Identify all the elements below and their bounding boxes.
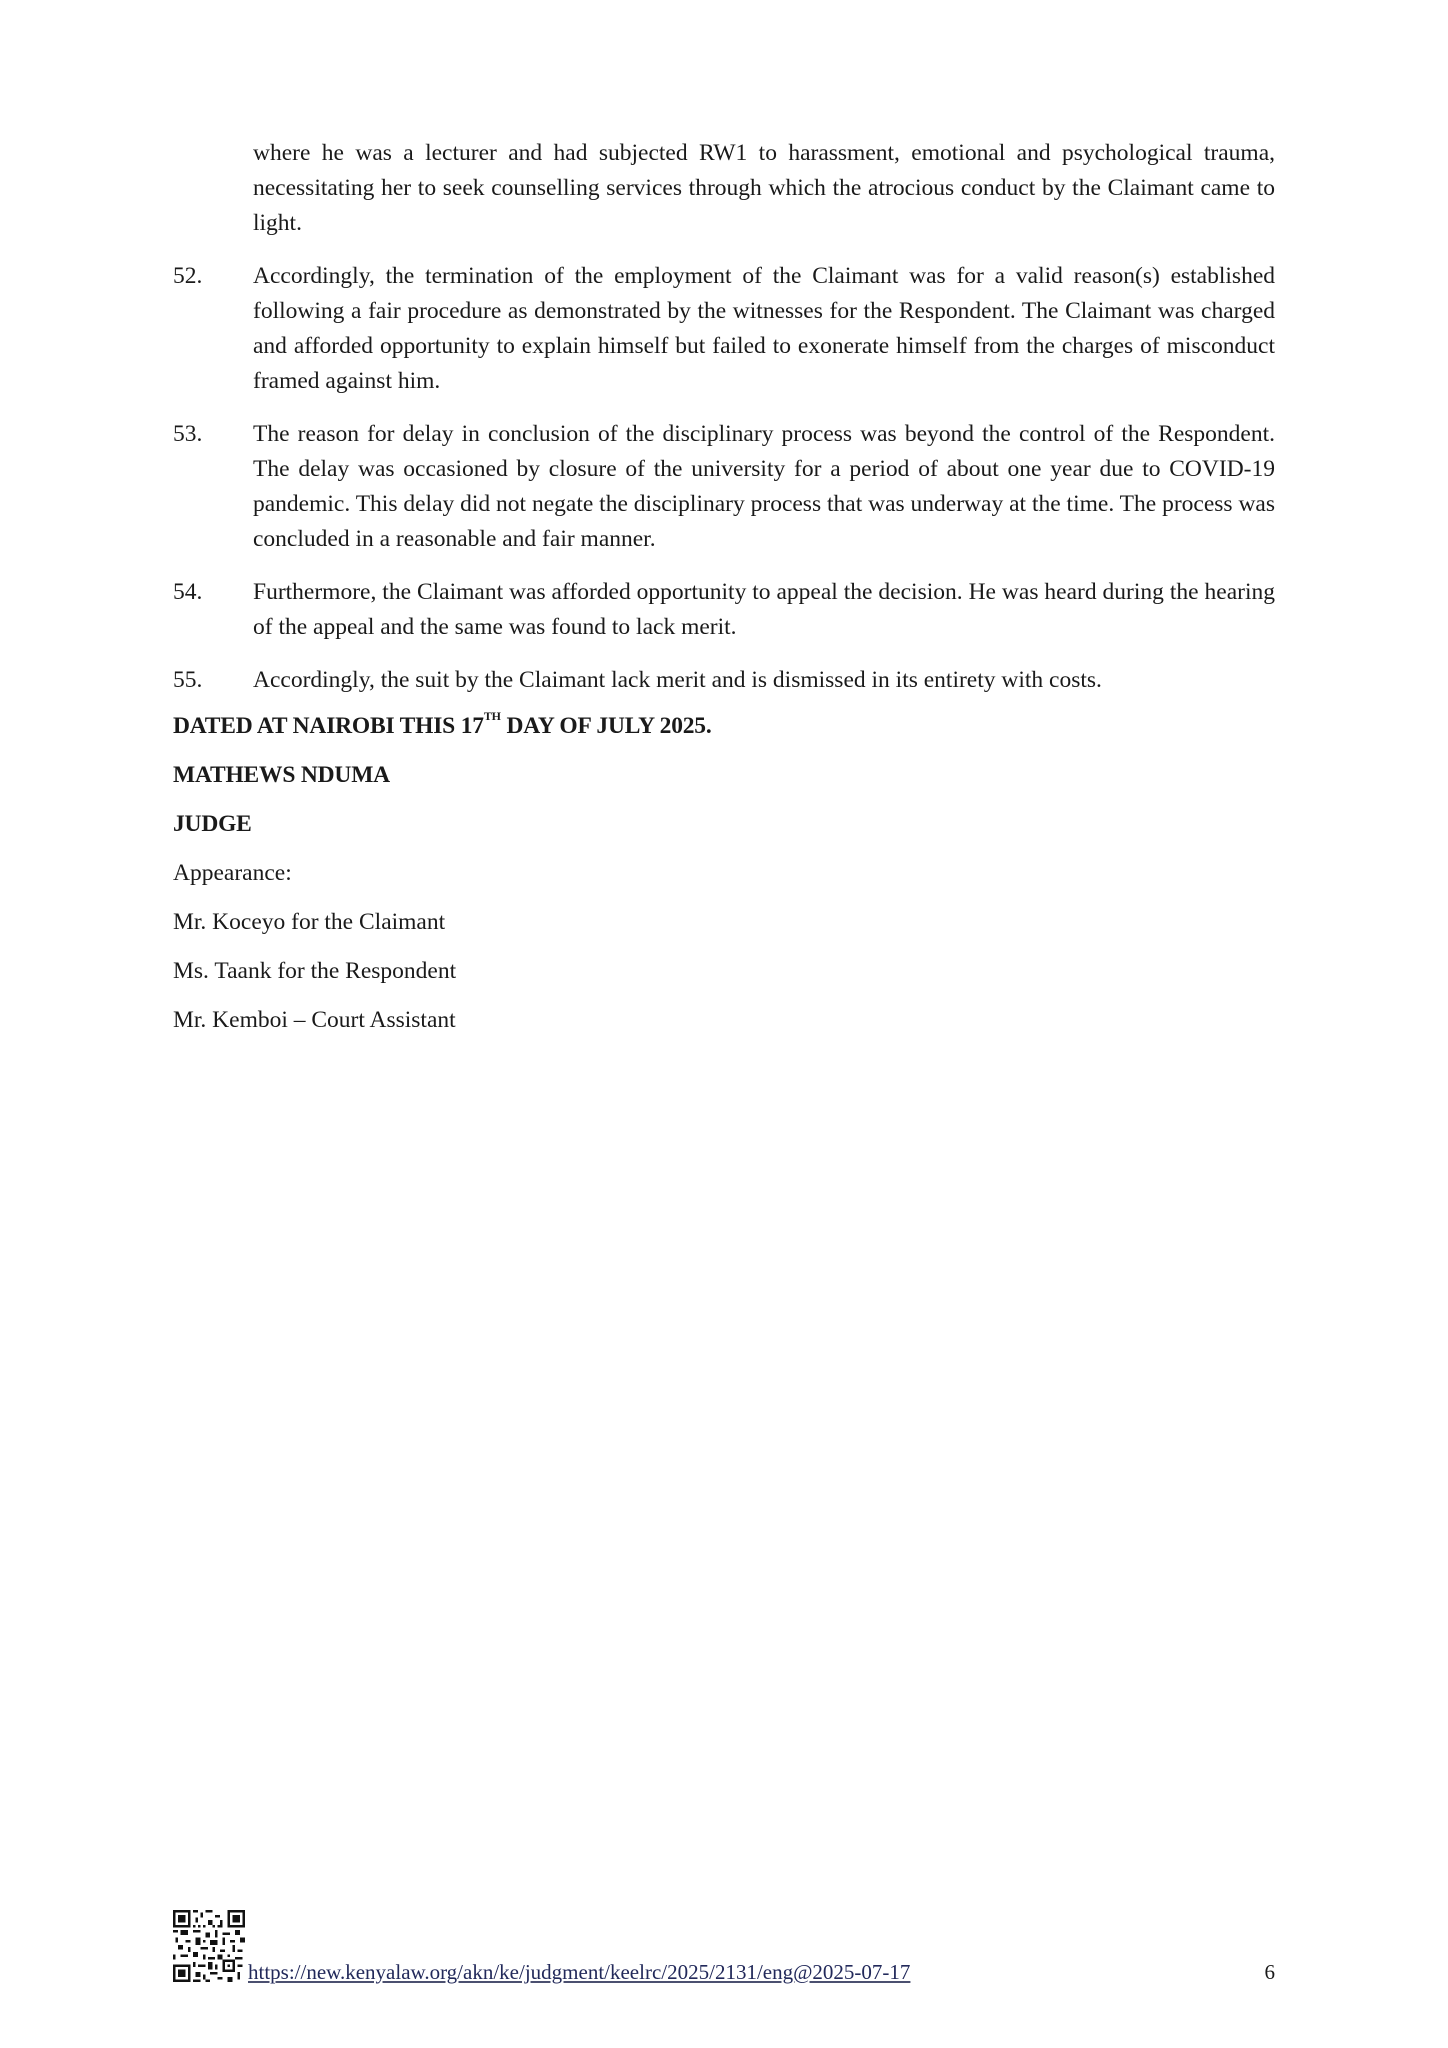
page-footer: https://new.kenyalaw.org/akn/ke/judgment…	[173, 1910, 1275, 1990]
dated-prefix: DATED AT NAIROBI THIS 17	[173, 713, 484, 739]
page-number: 6	[1265, 1960, 1276, 1985]
judge-title: JUDGE	[173, 800, 1275, 849]
paragraph-55: 55. Accordingly, the suit by the Claiman…	[173, 663, 1275, 698]
paragraph-text: The reason for delay in conclusion of th…	[253, 421, 1275, 552]
paragraph-text: where he was a lecturer and had subjecte…	[253, 140, 1275, 236]
continuation-paragraph: where he was a lecturer and had subjecte…	[173, 136, 1275, 241]
paragraph-number: 54.	[173, 575, 202, 610]
paragraph-text: Furthermore, the Claimant was afforded o…	[253, 579, 1275, 640]
dated-suffix: DAY OF JULY 2025.	[501, 713, 712, 739]
judge-name: MATHEWS NDUMA	[173, 751, 1275, 800]
appearance-respondent: Ms. Taank for the Respondent	[173, 947, 1275, 996]
appearance-court-assistant: Mr. Kemboi – Court Assistant	[173, 996, 1275, 1045]
paragraph-number: 53.	[173, 417, 202, 452]
judgment-body: where he was a lecturer and had subjecte…	[173, 136, 1275, 1045]
paragraph-52: 52. Accordingly, the termination of the …	[173, 259, 1275, 399]
document-page: where he was a lecturer and had subjecte…	[0, 0, 1448, 2048]
paragraph-text: Accordingly, the suit by the Claimant la…	[253, 667, 1102, 693]
qr-code-icon[interactable]	[173, 1910, 245, 1982]
paragraph-number: 52.	[173, 259, 202, 294]
appearance-label: Appearance:	[173, 849, 1275, 898]
paragraph-54: 54. Furthermore, the Claimant was afford…	[173, 575, 1275, 645]
judgment-url-link[interactable]: https://new.kenyalaw.org/akn/ke/judgment…	[248, 1960, 910, 1985]
dated-ordinal-suffix: TH	[484, 709, 501, 723]
paragraph-text: Accordingly, the termination of the empl…	[253, 263, 1275, 394]
dated-line: DATED AT NAIROBI THIS 17TH DAY OF JULY 2…	[173, 702, 1275, 751]
paragraph-number: 55.	[173, 663, 202, 698]
signature-block: DATED AT NAIROBI THIS 17TH DAY OF JULY 2…	[173, 702, 1275, 1045]
appearance-claimant: Mr. Koceyo for the Claimant	[173, 898, 1275, 947]
paragraph-53: 53. The reason for delay in conclusion o…	[173, 417, 1275, 557]
